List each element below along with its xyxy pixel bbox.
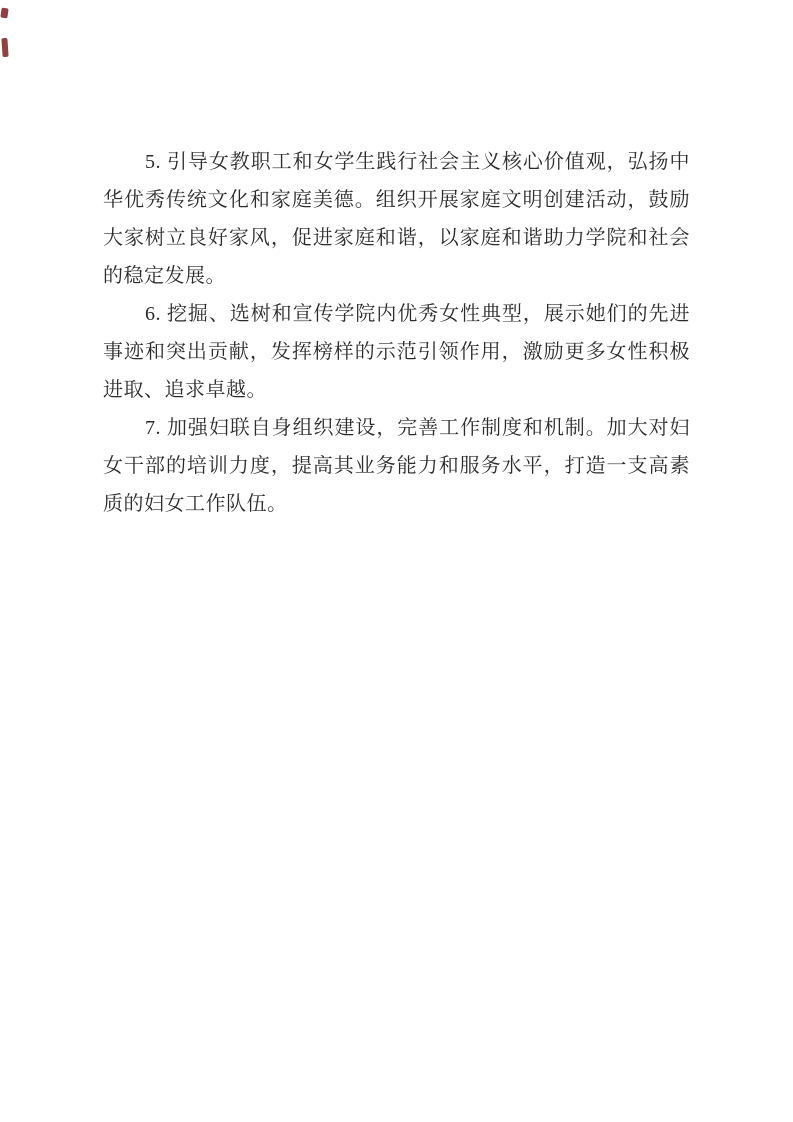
paragraph-5-line-2: 华优秀传统文化和家庭美德。组织开展家庭文明创建活动，鼓励 bbox=[103, 181, 690, 219]
paragraph-7-line-2: 女干部的培训力度，提高其业务能力和服务水平，打造一支高素 bbox=[103, 447, 690, 485]
paragraph-7-line-3: 质的妇女工作队伍。 bbox=[103, 485, 690, 523]
paragraph-6: 6. 挖掘、选树和宣传学院内优秀女性典型，展示她们的先进 事迹和突出贡献，发挥榜… bbox=[103, 295, 690, 409]
document-text-block: 5. 引导女教职工和女学生践行社会主义核心价值观，弘扬中 华优秀传统文化和家庭美… bbox=[103, 143, 690, 523]
paragraph-5: 5. 引导女教职工和女学生践行社会主义核心价值观，弘扬中 华优秀传统文化和家庭美… bbox=[103, 143, 690, 295]
paragraph-5-line-1: 5. 引导女教职工和女学生践行社会主义核心价值观，弘扬中 bbox=[103, 143, 690, 181]
scan-artifact-mark-bottom bbox=[1, 38, 8, 57]
document-page: 5. 引导女教职工和女学生践行社会主义核心价值观，弘扬中 华优秀传统文化和家庭美… bbox=[0, 0, 793, 1122]
paragraph-5-line-4: 的稳定发展。 bbox=[103, 257, 690, 295]
paragraph-6-line-3: 进取、追求卓越。 bbox=[103, 371, 690, 409]
paragraph-7: 7. 加强妇联自身组织建设，完善工作制度和机制。加大对妇 女干部的培训力度，提高… bbox=[103, 409, 690, 523]
scan-artifact-mark-top bbox=[0, 8, 8, 19]
paragraph-5-line-3: 大家树立良好家风，促进家庭和谐，以家庭和谐助力学院和社会 bbox=[103, 219, 690, 257]
paragraph-6-line-2: 事迹和突出贡献，发挥榜样的示范引领作用，激励更多女性积极 bbox=[103, 333, 690, 371]
paragraph-7-line-1: 7. 加强妇联自身组织建设，完善工作制度和机制。加大对妇 bbox=[103, 409, 690, 447]
paragraph-6-line-1: 6. 挖掘、选树和宣传学院内优秀女性典型，展示她们的先进 bbox=[103, 295, 690, 333]
